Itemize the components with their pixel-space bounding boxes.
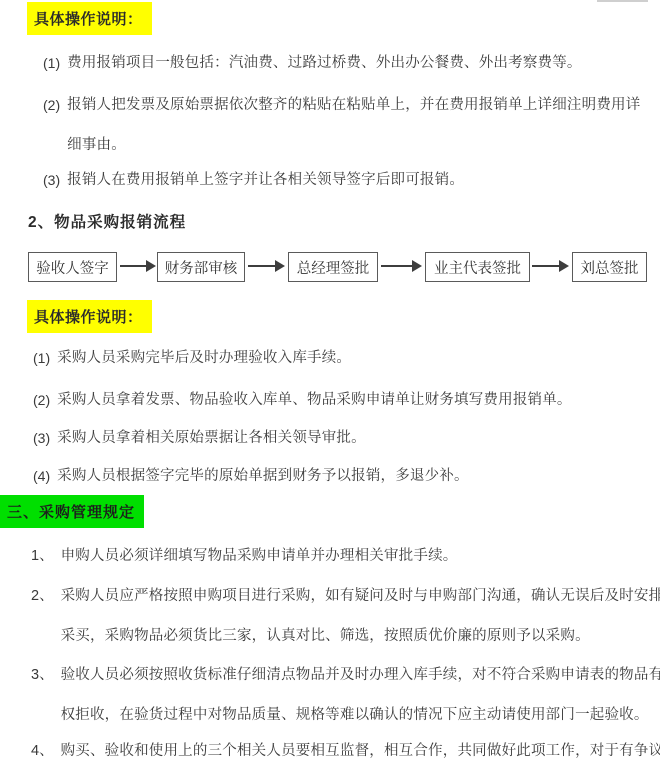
- item-number: 1、: [31, 545, 54, 567]
- item-text: 验收人员必须按照收货标准仔细清点物品并及时办理入库手续，对不符合采购申请表的物品…: [61, 664, 660, 726]
- list-item: (2) 报销人把发票及原始票据依次整齐的粘贴在粘贴单上，并在费用报销单上详细注明…: [43, 94, 640, 156]
- item-text: 采购人员采购完毕后及时办理验收入库手续。: [57, 347, 351, 369]
- flow-step-finance-review: 财务部审核: [157, 252, 245, 282]
- flow-step-gm-approval: 总经理签批: [288, 252, 378, 282]
- item-number: (3): [43, 169, 60, 191]
- rules-heading: 三、采购管理规定: [0, 495, 144, 528]
- item-line: 采买，采购物品必须货比三家，认真对比、筛选，按照质优价廉的原则予以采购。: [61, 625, 660, 647]
- arrow-right-icon: [381, 265, 420, 267]
- list-item: 4、 购买、验收和使用上的三个相关人员要相互监督，相互合作，共同做好此项工作，对…: [31, 740, 660, 762]
- item-number: (2): [33, 389, 50, 411]
- arrow-right-icon: [248, 265, 283, 267]
- window-edge-artifact: [597, 0, 648, 2]
- item-number: 2、: [31, 585, 54, 607]
- item-line: 报销人把发票及原始票据依次整齐的粘贴在粘贴单上，并在费用报销单上详细注明费用详: [67, 94, 640, 116]
- list-item: 2、 采购人员应严格按照申购项目进行采购，如有疑问及时与申购部门沟通，确认无误后…: [31, 585, 660, 647]
- item-line: 报销人在费用报销单上签字并让各相关领导签字后即可报销。: [67, 169, 464, 191]
- item-number: (4): [33, 465, 50, 487]
- item-line: 权拒收，在验货过程中对物品质量、规格等难以确认的情况下应主动请使用部门一起验收。: [61, 704, 660, 726]
- item-line: 细事由。: [67, 134, 640, 156]
- list-item: (1) 采购人员采购完毕后及时办理验收入库手续。: [33, 347, 351, 369]
- reimbursement-flowchart: 验收人签字 财务部审核 总经理签批 业主代表签批 刘总签批: [0, 250, 660, 286]
- item-text: 采购人员拿着相关原始票据让各相关领导审批。: [57, 427, 366, 449]
- arrow-right-icon: [532, 265, 567, 267]
- item-line: 采购人员拿着相关原始票据让各相关领导审批。: [57, 427, 366, 449]
- flow-step-receiver-sign: 验收人签字: [28, 252, 117, 282]
- item-text: 报销人在费用报销单上签字并让各相关领导签字后即可报销。: [67, 169, 464, 191]
- item-number: (1): [43, 52, 60, 74]
- item-text: 申购人员必须详细填写物品采购申请单并办理相关审批手续。: [61, 545, 458, 567]
- item-line: 购买、验收和使用上的三个相关人员要相互监督，相互合作，共同做好此项工作，对于有争…: [61, 740, 660, 762]
- item-number: 4、: [31, 740, 54, 762]
- flow-step-owner-rep-approval: 业主代表签批: [425, 252, 530, 282]
- item-text: 采购人员应严格按照申购项目进行采购，如有疑问及时与申购部门沟通，确认无误后及时安…: [61, 585, 660, 647]
- list-item: (3) 报销人在费用报销单上签字并让各相关领导签字后即可报销。: [43, 169, 464, 191]
- document-page: { "colors": { "highlight_yellow": "#ffff…: [0, 0, 660, 766]
- item-line: 申购人员必须详细填写物品采购申请单并办理相关审批手续。: [61, 545, 458, 567]
- item-number: (3): [33, 427, 50, 449]
- item-line: 验收人员必须按照收货标准仔细清点物品并及时办理入库手续，对不符合采购申请表的物品…: [61, 664, 660, 686]
- item-number: 3、: [31, 664, 54, 686]
- list-item: 1、 申购人员必须详细填写物品采购申请单并办理相关审批手续。: [31, 545, 457, 567]
- list-item: (3) 采购人员拿着相关原始票据让各相关领导审批。: [33, 427, 366, 449]
- item-line: 采购人员应严格按照申购项目进行采购，如有疑问及时与申购部门沟通，确认无误后及时安…: [61, 585, 660, 607]
- item-text: 采购人员根据签字完毕的原始单据到财务予以报销，多退少补。: [57, 465, 469, 487]
- item-text: 购买、验收和使用上的三个相关人员要相互监督，相互合作，共同做好此项工作，对于有争…: [61, 740, 660, 762]
- list-item: (1) 费用报销项目一般包括：汽油费、过路过桥费、外出办公餐费、外出考察费等。: [43, 52, 582, 74]
- item-number: (2): [43, 94, 60, 116]
- list-item: (2) 采购人员拿着发票、物品验收入库单、物品采购申请单让财务填写费用报销单。: [33, 389, 572, 411]
- purchase-flow-heading: 2、物品采购报销流程: [28, 210, 186, 232]
- list-item: 3、 验收人员必须按照收货标准仔细清点物品并及时办理入库手续，对不符合采购申请表…: [31, 664, 660, 726]
- item-text: 采购人员拿着发票、物品验收入库单、物品采购申请单让财务填写费用报销单。: [57, 389, 572, 411]
- item-line: 采购人员采购完毕后及时办理验收入库手续。: [57, 347, 351, 369]
- arrow-right-icon: [120, 265, 154, 267]
- item-text: 报销人把发票及原始票据依次整齐的粘贴在粘贴单上，并在费用报销单上详细注明费用详 …: [67, 94, 640, 156]
- item-line: 费用报销项目一般包括：汽油费、过路过桥费、外出办公餐费、外出考察费等。: [67, 52, 582, 74]
- item-text: 费用报销项目一般包括：汽油费、过路过桥费、外出办公餐费、外出考察费等。: [67, 52, 582, 74]
- item-line: 采购人员根据签字完毕的原始单据到财务予以报销，多退少补。: [57, 465, 469, 487]
- purchase-notes-heading: 具体操作说明：: [27, 300, 152, 333]
- item-number: (1): [33, 347, 50, 369]
- expense-notes-heading: 具体操作说明：: [27, 2, 152, 35]
- list-item: (4) 采购人员根据签字完毕的原始单据到财务予以报销，多退少补。: [33, 465, 469, 487]
- flow-step-liu-approval: 刘总签批: [572, 252, 647, 282]
- item-line: 采购人员拿着发票、物品验收入库单、物品采购申请单让财务填写费用报销单。: [57, 389, 572, 411]
